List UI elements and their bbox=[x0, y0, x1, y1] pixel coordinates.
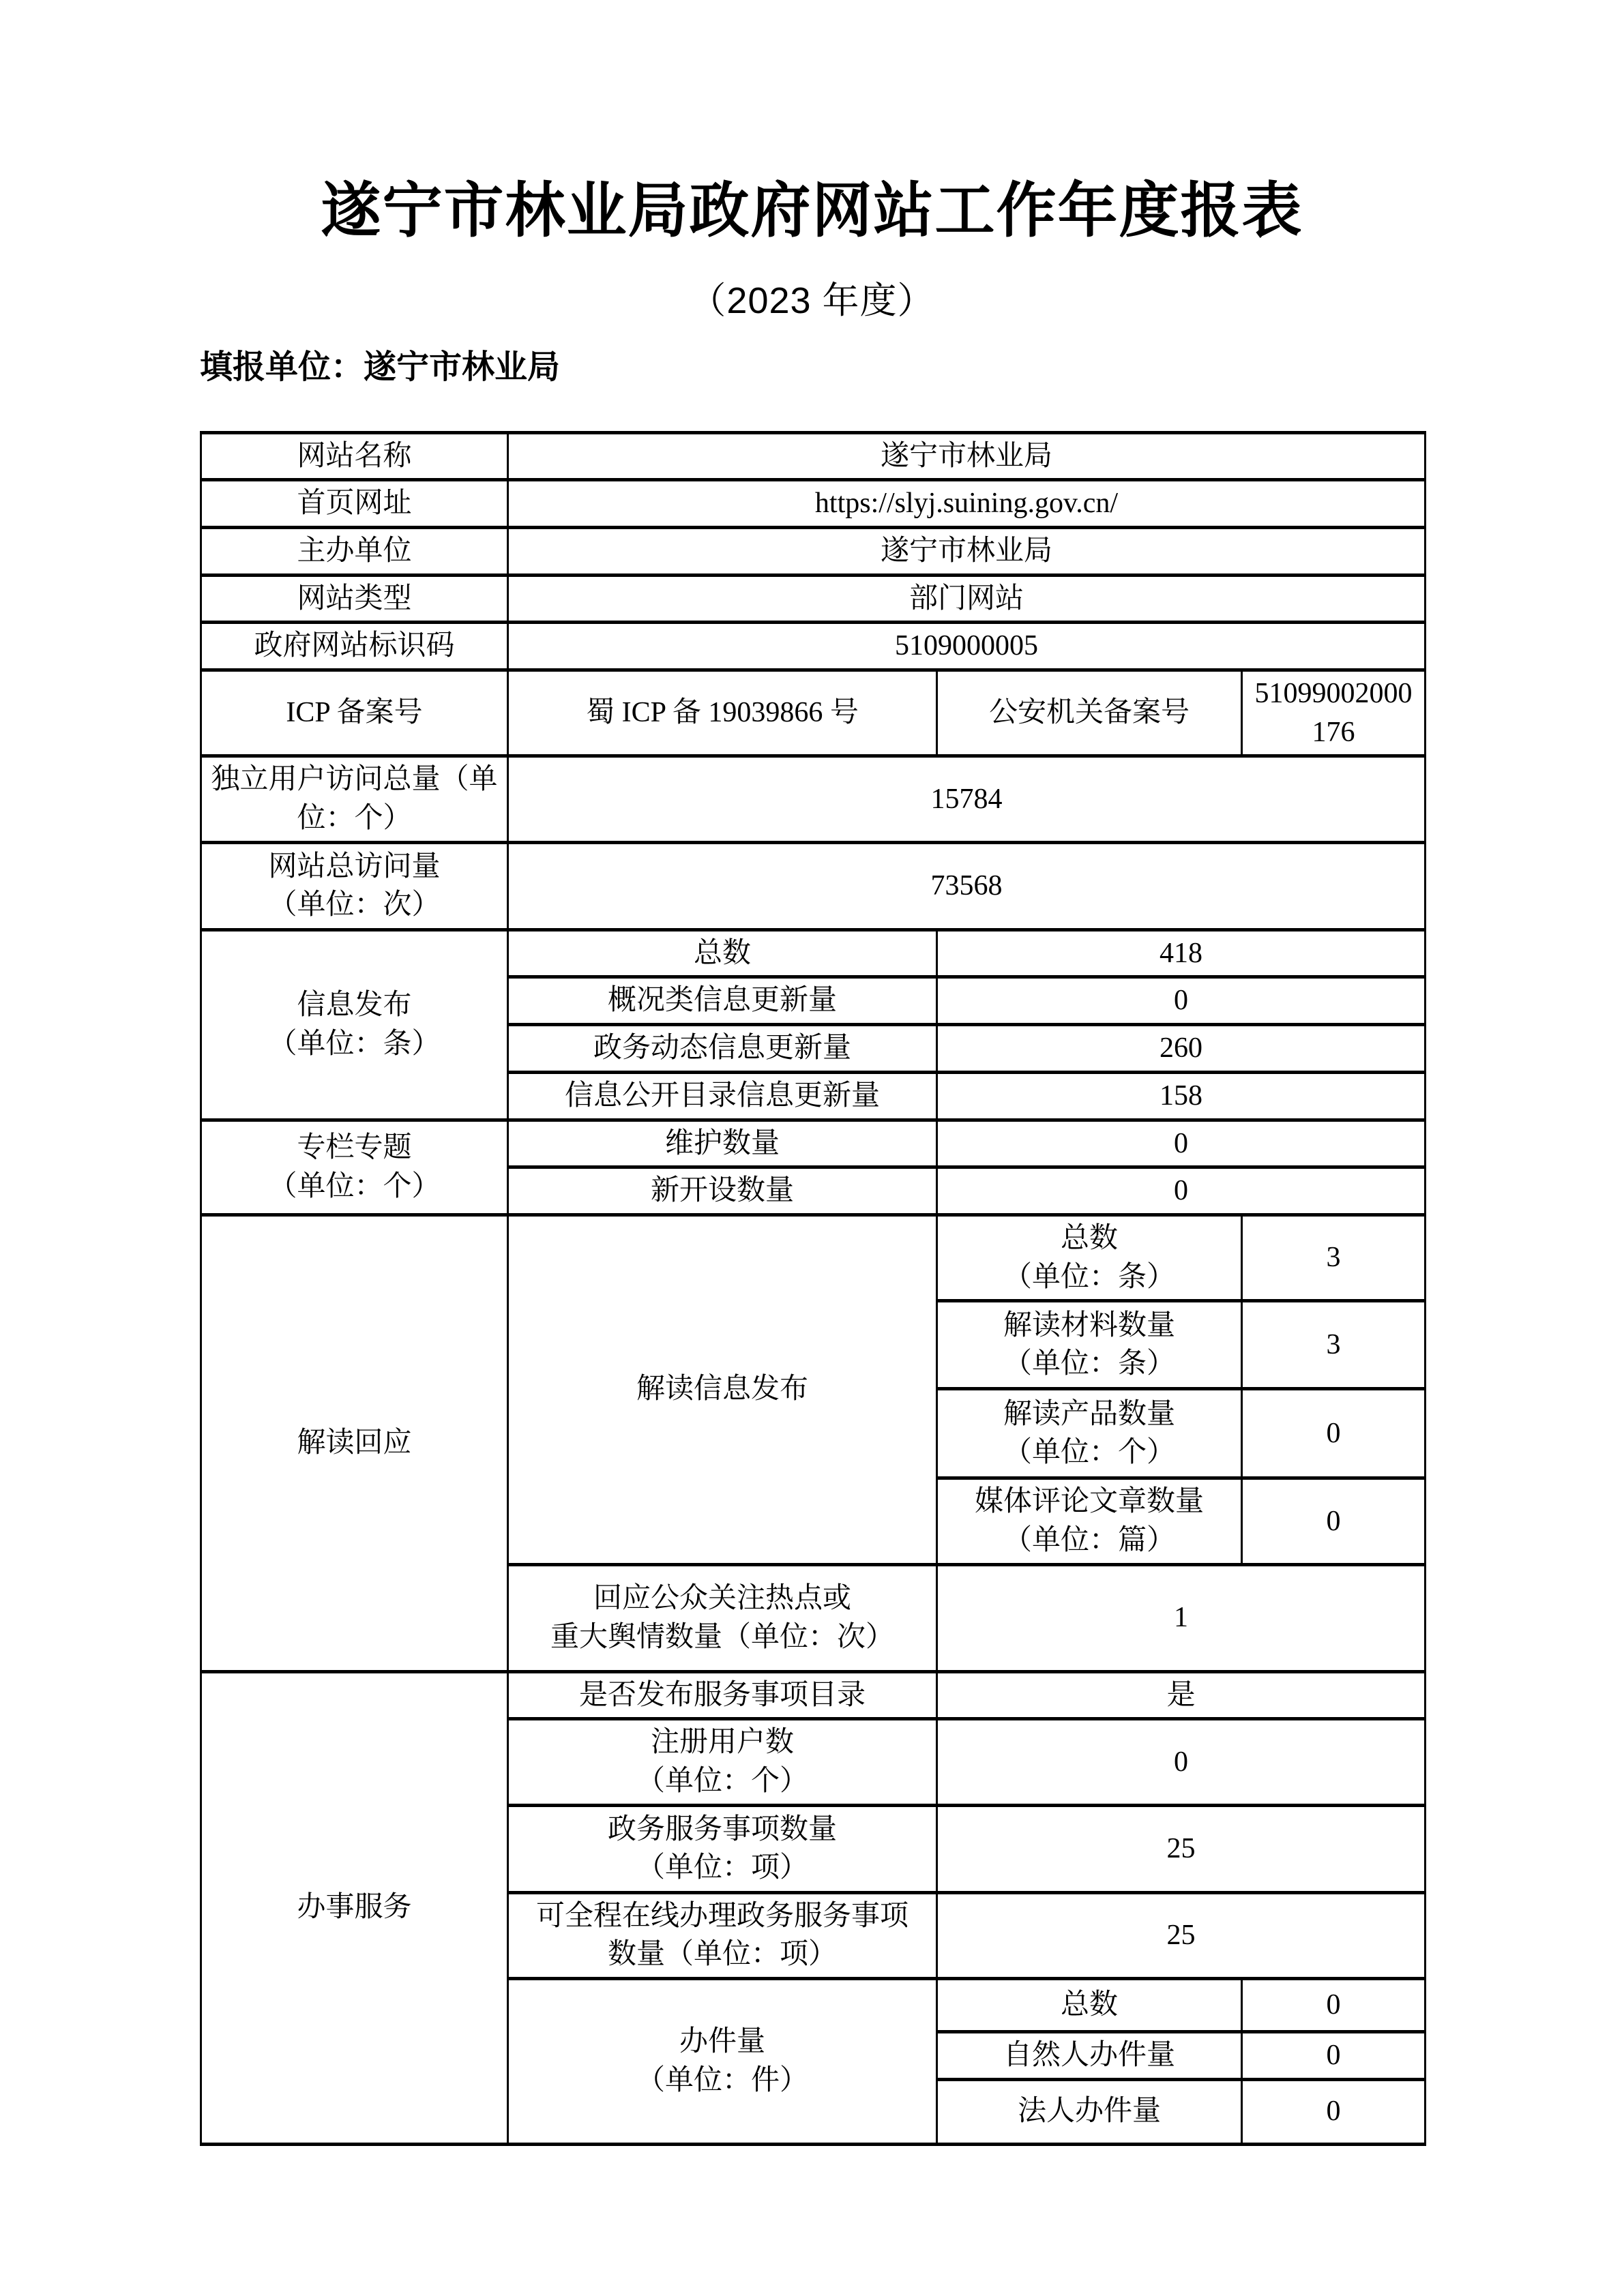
transactions-natural-value-cell: 0 bbox=[1242, 2032, 1426, 2080]
police-record-value-cell: 51099002000176 bbox=[1242, 670, 1426, 756]
transactions-group-cell: 办件量 （单位：件） bbox=[508, 1979, 937, 2145]
online-items-label-cell: 可全程在线办理政务服务事项 数量（单位：项） bbox=[508, 1892, 937, 1978]
new-opened-value-cell: 0 bbox=[937, 1167, 1426, 1215]
table-row: 办事服务 是否发布服务事项目录 是 bbox=[201, 1671, 1426, 1719]
hotspot-response-value-cell: 1 bbox=[937, 1564, 1426, 1671]
table-row: 主办单位 遂宁市林业局 bbox=[201, 527, 1426, 575]
interp-total-label-cell: 总数 （单位：条） bbox=[937, 1214, 1242, 1300]
sponsor-label-cell: 主办单位 bbox=[201, 527, 508, 575]
table-row: 政府网站标识码 5109000005 bbox=[201, 623, 1426, 670]
total-visits-label-cell: 网站总访问量 （单位：次） bbox=[201, 842, 508, 929]
interp-products-label-cell: 解读产品数量 （单位：个） bbox=[937, 1389, 1242, 1478]
table-row: 独立用户访问总量（单 位：个） 15784 bbox=[201, 756, 1426, 842]
site-code-label-cell: 政府网站标识码 bbox=[201, 623, 508, 670]
interp-materials-label-cell: 解读材料数量 （单位：条） bbox=[937, 1301, 1242, 1389]
icp-label-cell: ICP 备案号 bbox=[201, 670, 508, 756]
gov-news-value-cell: 260 bbox=[937, 1025, 1426, 1073]
report-page: 遂宁市林业局政府网站工作年度报表 （2023 年度） 填报单位：遂宁市林业局 网… bbox=[0, 0, 1624, 2296]
special-columns-group-cell: 专栏专题 （单位：个） bbox=[201, 1120, 508, 1214]
info-catalog-value-cell: 158 bbox=[937, 1072, 1426, 1120]
transactions-total-value-cell: 0 bbox=[1242, 1979, 1426, 2032]
info-catalog-label-cell: 信息公开目录信息更新量 bbox=[508, 1072, 937, 1120]
maintained-label-cell: 维护数量 bbox=[508, 1120, 937, 1167]
report-content: 填报单位：遂宁市林业局 网站名称 遂宁市林业局 首页网址 https://sly… bbox=[200, 348, 1424, 2146]
hotspot-response-label-cell: 回应公众关注热点或 重大舆情数量（单位：次） bbox=[508, 1564, 937, 1671]
transactions-legal-value-cell: 0 bbox=[1242, 2079, 1426, 2144]
reporting-unit: 填报单位：遂宁市林业局 bbox=[200, 348, 1424, 387]
interpretation-publish-cell: 解读信息发布 bbox=[508, 1214, 937, 1564]
transactions-legal-label-cell: 法人办件量 bbox=[937, 2079, 1242, 2144]
total-visits-value-cell: 73568 bbox=[508, 842, 1426, 929]
interp-media-value-cell: 0 bbox=[1242, 1478, 1426, 1564]
table-row: ICP 备案号 蜀 ICP 备 19039866 号 公安机关备案号 51099… bbox=[201, 670, 1426, 756]
table-row: 首页网址 https://slyj.suining.gov.cn/ bbox=[201, 480, 1426, 528]
table-row: 网站类型 部门网站 bbox=[201, 575, 1426, 623]
annual-report-table: 网站名称 遂宁市林业局 首页网址 https://slyj.suining.go… bbox=[200, 431, 1426, 2146]
sponsor-value-cell: 遂宁市林业局 bbox=[508, 527, 1426, 575]
site-code-value-cell: 5109000005 bbox=[508, 623, 1426, 670]
interp-materials-value-cell: 3 bbox=[1242, 1301, 1426, 1389]
interp-media-label-cell: 媒体评论文章数量 （单位：篇） bbox=[937, 1478, 1242, 1564]
police-record-label-cell: 公安机关备案号 bbox=[937, 670, 1242, 756]
gov-news-label-cell: 政务动态信息更新量 bbox=[508, 1025, 937, 1073]
table-row: 专栏专题 （单位：个） 维护数量 0 bbox=[201, 1120, 1426, 1167]
interp-products-value-cell: 0 bbox=[1242, 1389, 1426, 1478]
site-name-value-cell: 遂宁市林业局 bbox=[508, 432, 1426, 480]
catalog-published-value-cell: 是 bbox=[937, 1671, 1426, 1719]
new-opened-label-cell: 新开设数量 bbox=[508, 1167, 937, 1215]
maintained-value-cell: 0 bbox=[937, 1120, 1426, 1167]
unique-visitors-label-cell: 独立用户访问总量（单 位：个） bbox=[201, 756, 508, 842]
catalog-published-label-cell: 是否发布服务事项目录 bbox=[508, 1671, 937, 1719]
home-url-label-cell: 首页网址 bbox=[201, 480, 508, 528]
registered-users-label-cell: 注册用户数 （单位：个） bbox=[508, 1719, 937, 1805]
table-row: 网站名称 遂宁市林业局 bbox=[201, 432, 1426, 480]
info-release-group-cell: 信息发布 （单位：条） bbox=[201, 929, 508, 1120]
interpretation-group-cell: 解读回应 bbox=[201, 1214, 508, 1671]
registered-users-value-cell: 0 bbox=[937, 1719, 1426, 1805]
table-row: 信息发布 （单位：条） 总数 418 bbox=[201, 929, 1426, 977]
unique-visitors-value-cell: 15784 bbox=[508, 756, 1426, 842]
info-release-total-label-cell: 总数 bbox=[508, 929, 937, 977]
transactions-natural-label-cell: 自然人办件量 bbox=[937, 2032, 1242, 2080]
site-type-value-cell: 部门网站 bbox=[508, 575, 1426, 623]
service-items-label-cell: 政务服务事项数量 （单位：项） bbox=[508, 1805, 937, 1892]
transactions-total-label-cell: 总数 bbox=[937, 1979, 1242, 2032]
home-url-value-cell: https://slyj.suining.gov.cn/ bbox=[508, 480, 1426, 528]
site-name-label-cell: 网站名称 bbox=[201, 432, 508, 480]
table-row: 解读回应 解读信息发布 总数 （单位：条） 3 bbox=[201, 1214, 1426, 1300]
info-release-total-value-cell: 418 bbox=[937, 929, 1426, 977]
online-items-value-cell: 25 bbox=[937, 1892, 1426, 1978]
info-overview-value-cell: 0 bbox=[937, 977, 1426, 1025]
table-row: 网站总访问量 （单位：次） 73568 bbox=[201, 842, 1426, 929]
info-overview-label-cell: 概况类信息更新量 bbox=[508, 977, 937, 1025]
interp-total-value-cell: 3 bbox=[1242, 1214, 1426, 1300]
service-items-value-cell: 25 bbox=[937, 1805, 1426, 1892]
services-group-cell: 办事服务 bbox=[201, 1671, 508, 2144]
site-type-label-cell: 网站类型 bbox=[201, 575, 508, 623]
page-subtitle: （2023 年度） bbox=[0, 279, 1624, 323]
page-title: 遂宁市林业局政府网站工作年度报表 bbox=[0, 177, 1624, 246]
icp-value-cell: 蜀 ICP 备 19039866 号 bbox=[508, 670, 937, 756]
